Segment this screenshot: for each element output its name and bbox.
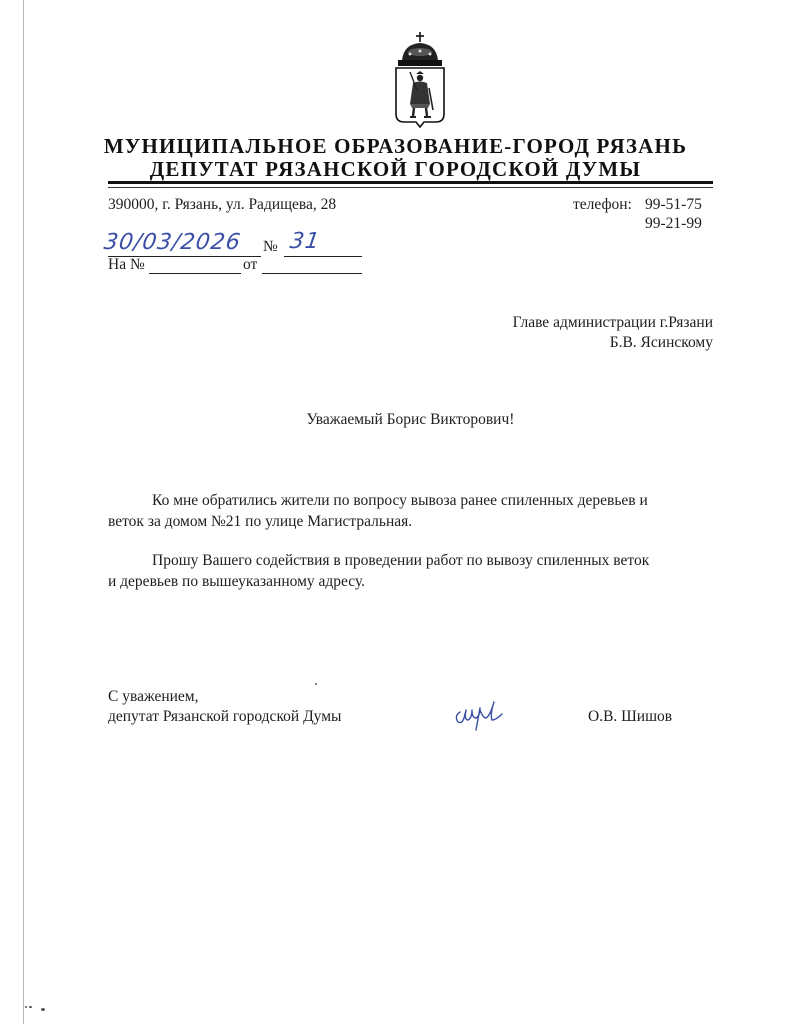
salutation: Уважаемый Борис Викторович! (0, 410, 791, 430)
addressee-line1: Главе администрации г.Рязани (513, 313, 713, 333)
scan-speck (315, 683, 317, 685)
handwritten-signature (450, 696, 520, 732)
outgoing-date-handwritten: 30/03/2026 (102, 230, 242, 255)
signature-icon (450, 696, 520, 732)
scan-speck (25, 1006, 27, 1008)
phone-label: телефон: (573, 195, 632, 215)
reply-from-date-field (262, 273, 362, 274)
letterhead-rule-thick (108, 181, 713, 184)
body-paragraph-2-line1: Прошу Вашего содействия в проведении раб… (152, 551, 649, 571)
letterhead-title-line2: ДЕПУТАТ РЯЗАНСКОЙ ГОРОДСКОЙ ДУМЫ (0, 157, 791, 182)
signatory-name: О.В. Шишов (588, 707, 672, 727)
body-paragraph-1-line2: веток за домом №21 по улице Магистральна… (108, 512, 412, 532)
reply-from-label: от (243, 255, 257, 275)
closing-position: депутат Рязанской городской Думы (108, 707, 341, 727)
phone-number-1: 99-51-75 (645, 195, 702, 215)
letterhead-rule-thin (108, 187, 713, 188)
outgoing-number-label: № (263, 237, 278, 257)
outgoing-number-handwritten: 31 (288, 229, 322, 254)
addressee-line2: Б.В. Ясинскому (610, 333, 713, 353)
phone-number-2: 99-21-99 (645, 214, 702, 234)
closing-regards: С уважением, (108, 687, 199, 707)
reply-to-label: На № (108, 255, 145, 275)
body-paragraph-1-line1: Ко мне обратились жители по вопросу выво… (152, 491, 648, 511)
body-paragraph-2-line2: и деревьев по вышеуказанному адресу. (108, 572, 365, 592)
scan-speck (41, 1008, 45, 1011)
ryazan-emblem-icon (380, 30, 460, 130)
outgoing-number-field (284, 256, 362, 257)
reply-to-number-field (149, 273, 241, 274)
coat-of-arms-emblem (380, 30, 460, 130)
scan-speck (29, 1006, 32, 1008)
letterhead-address: 390000, г. Рязань, ул. Радищева, 28 (108, 195, 336, 215)
letterhead-title-line1: МУНИЦИПАЛЬНОЕ ОБРАЗОВАНИЕ-ГОРОД РЯЗАНЬ (0, 134, 791, 159)
